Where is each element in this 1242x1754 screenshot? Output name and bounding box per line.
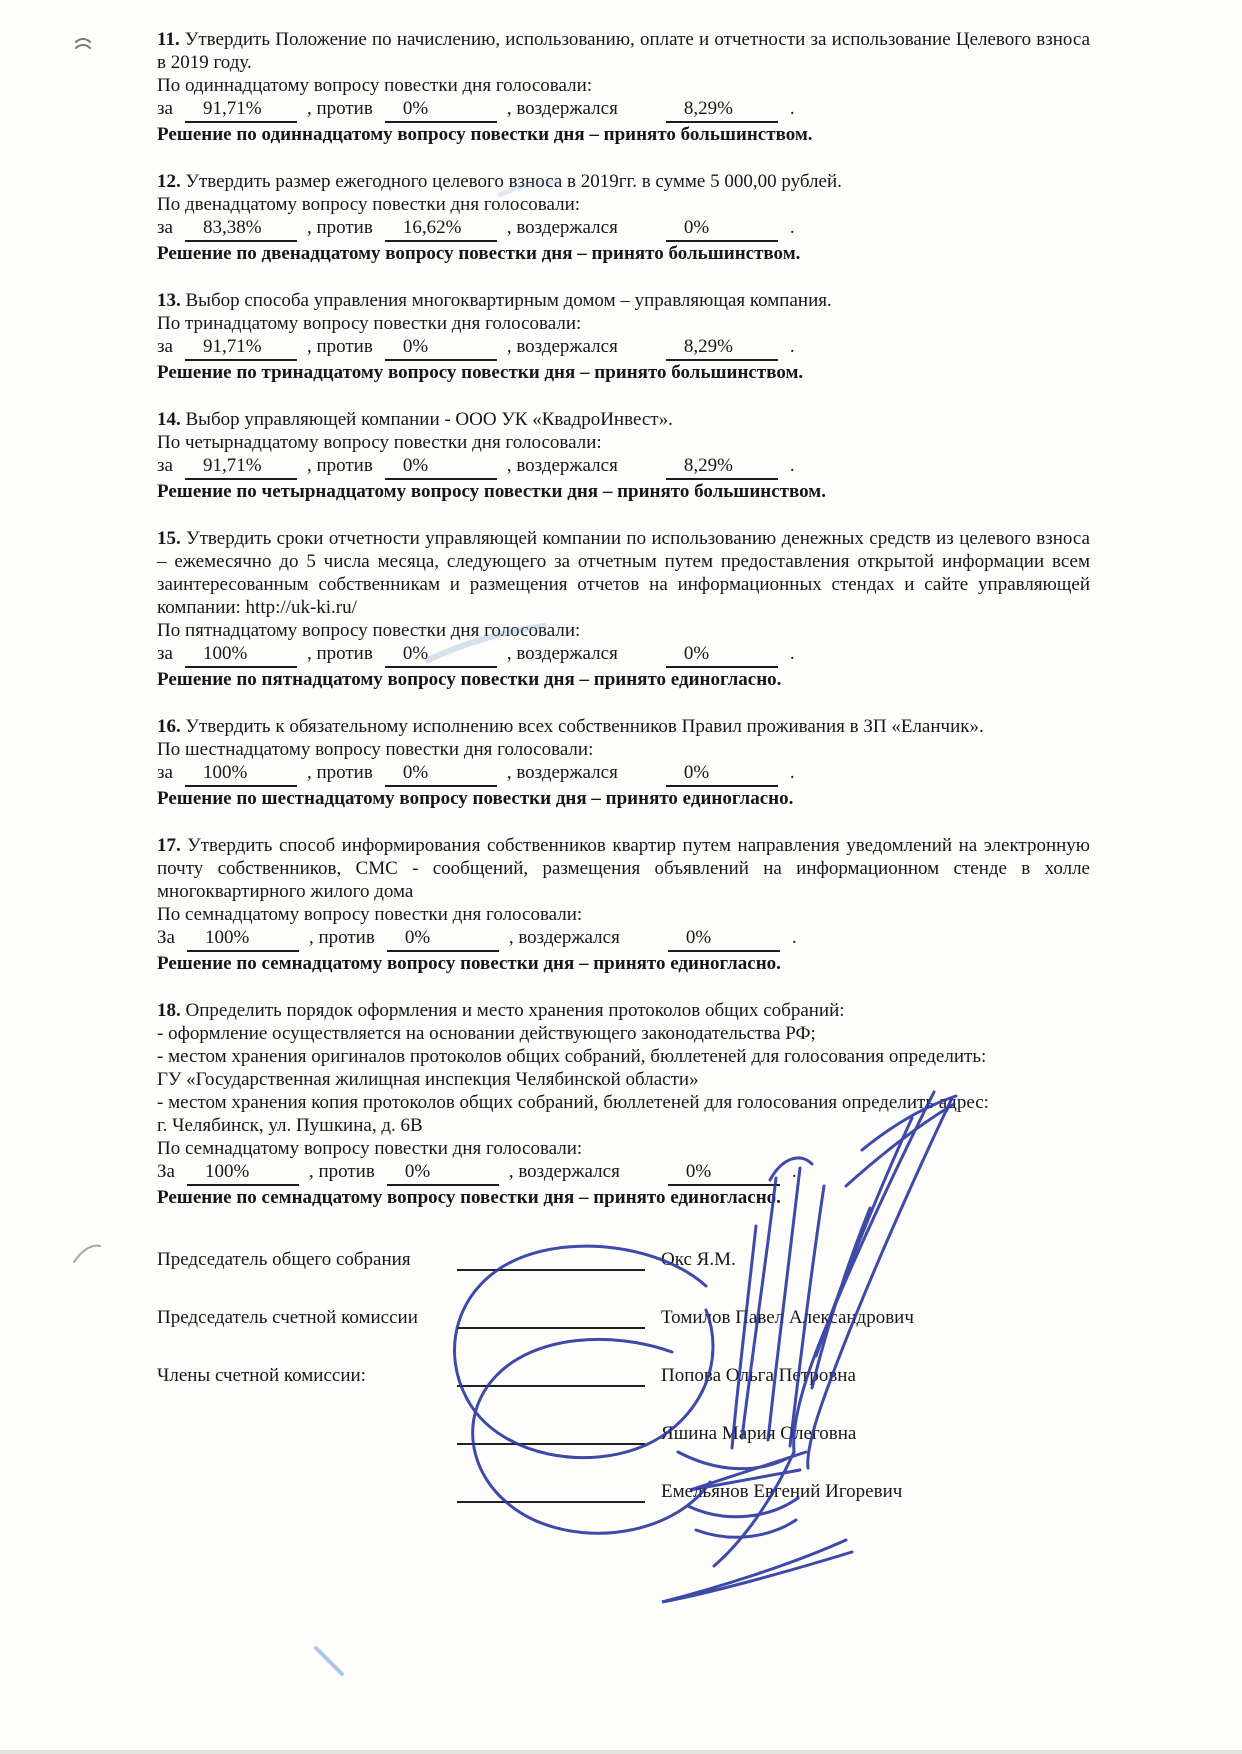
agenda-item-13: 13. Выбор способа управления многокварти… (157, 289, 1090, 384)
signature-section: Председатель общего собрания Окс Я.М. Пр… (157, 1245, 1090, 1503)
vote-intro: По семнадцатому вопросу повестки дня гол… (157, 1137, 1090, 1160)
signature-line (457, 1303, 645, 1329)
item-text-body: Утвердить Положение по начислению, испол… (157, 29, 1090, 73)
agenda-item-18: 18. Определить порядок оформления и мест… (157, 999, 1090, 1209)
item-number: 13. (157, 290, 181, 311)
vote-for-value: 100% (187, 926, 299, 952)
vote-abstain-label: , воздержался (507, 643, 618, 664)
vote-for-value: 91,71% (185, 454, 297, 480)
vote-against-value: 0% (385, 454, 497, 480)
item-subline: - местом хранения копия протоколов общих… (157, 1091, 1090, 1114)
decision-line: Решение по шестнадцатому вопросу повестк… (157, 787, 1090, 810)
scan-edge-shadow (0, 1750, 1242, 1754)
vote-for-label: за (157, 98, 173, 119)
signature-row-commission-member-1: Члены счетной комиссии: Попова Ольга Пет… (157, 1361, 1090, 1387)
agenda-item-14: 14. Выбор управляющей компании - ООО УК … (157, 408, 1090, 503)
decision-line: Решение по одиннадцатому вопросу повестк… (157, 123, 1090, 146)
signature-name: Емельянов Евгений Игоревич (661, 1480, 902, 1503)
vote-abstain-value: 8,29% (666, 454, 778, 480)
vote-for-value: 83,38% (185, 216, 297, 242)
item-text-body: Выбор способа управления многоквартирным… (186, 290, 832, 311)
decision-line: Решение по тринадцатому вопросу повестки… (157, 361, 1090, 384)
vote-line: за91,71%, против0%, воздержался8,29%. (157, 97, 1090, 123)
vote-intro: По одиннадцатому вопросу повестки дня го… (157, 74, 1090, 97)
vote-abstain-label: , воздержался (507, 336, 618, 357)
vote-abstain-label: , воздержался (509, 1161, 620, 1182)
vote-for-value: 91,71% (185, 97, 297, 123)
vote-against-label: , против (307, 762, 373, 783)
vote-against-label: , против (309, 1161, 375, 1182)
signature-line (457, 1419, 645, 1445)
vote-against-value: 0% (385, 335, 497, 361)
agenda-item-15: 15. Утвердить сроки отчетности управляющ… (157, 527, 1090, 691)
vote-against-value: 0% (385, 97, 497, 123)
item-number: 11. (157, 29, 180, 50)
signature-label: Члены счетной комиссии: (157, 1364, 457, 1387)
vote-intro: По семнадцатому вопросу повестки дня гол… (157, 903, 1090, 926)
item-text: 13. Выбор способа управления многокварти… (157, 289, 1090, 312)
vote-for-value: 100% (187, 1160, 299, 1186)
vote-line: за100%, против0%, воздержался0%. (157, 642, 1090, 668)
signature-line (457, 1477, 645, 1503)
decision-line: Решение по семнадцатому вопросу повестки… (157, 1186, 1090, 1209)
vote-against-label: , против (307, 455, 373, 476)
vote-intro: По тринадцатому вопросу повестки дня гол… (157, 312, 1090, 335)
item-text-body: Утвердить размер ежегодного целевого взн… (186, 171, 842, 192)
item-text: 14. Выбор управляющей компании - ООО УК … (157, 408, 1090, 431)
vote-line: за100%, против0%, воздержался0%. (157, 761, 1090, 787)
decision-line: Решение по двенадцатому вопросу повестки… (157, 242, 1090, 265)
vote-abstain-label: , воздержался (507, 762, 618, 783)
item-text-body: Выбор управляющей компании - ООО УК «Ква… (186, 409, 673, 430)
item-subline: г. Челябинск, ул. Пушкина, д. 6В (157, 1114, 1090, 1137)
decision-line: Решение по семнадцатому вопросу повестки… (157, 952, 1090, 975)
vote-against-value: 0% (385, 761, 497, 787)
vote-abstain-value: 8,29% (666, 335, 778, 361)
item-text: 11. Утвердить Положение по начислению, и… (157, 28, 1090, 74)
vote-for-label: за (157, 455, 173, 476)
vote-for-label: за (157, 643, 173, 664)
vote-line: за91,71%, против0%, воздержался8,29%. (157, 335, 1090, 361)
item-subline: - оформление осуществляется на основании… (157, 1022, 1090, 1045)
item-number: 16. (157, 716, 181, 737)
signature-row-count-commission-chairman: Председатель счетной комиссии Томилов Па… (157, 1303, 1090, 1329)
signature-line (457, 1245, 645, 1271)
vote-intro: По пятнадцатому вопросу повестки дня гол… (157, 619, 1090, 642)
agenda-item-11: 11. Утвердить Положение по начислению, и… (157, 28, 1090, 146)
vote-for-label: за (157, 217, 173, 238)
agenda-item-17: 17. Утвердить способ информирования собс… (157, 834, 1090, 975)
vote-line: За100%, против0%, воздержался0%. (157, 926, 1090, 952)
vote-period: . (792, 927, 797, 948)
vote-abstain-label: , воздержался (507, 217, 618, 238)
item-text: 16. Утвердить к обязательному исполнению… (157, 715, 1090, 738)
vote-against-label: , против (307, 643, 373, 664)
item-text: 12. Утвердить размер ежегодного целевого… (157, 170, 1090, 193)
vote-abstain-value: 0% (668, 926, 780, 952)
signature-row-commission-member-2: Яшина Мария Олеговна (157, 1419, 1090, 1445)
vote-against-value: 0% (387, 1160, 499, 1186)
vote-for-value: 91,71% (185, 335, 297, 361)
vote-line: за83,38%, против16,62%, воздержался0%. (157, 216, 1090, 242)
vote-abstain-value: 0% (666, 216, 778, 242)
vote-abstain-value: 0% (666, 642, 778, 668)
vote-abstain-value: 0% (668, 1160, 780, 1186)
vote-abstain-value: 0% (666, 761, 778, 787)
vote-abstain-label: , воздержался (509, 927, 620, 948)
vote-for-label: За (157, 1161, 175, 1182)
vote-intro: По четырнадцатому вопросу повестки дня г… (157, 431, 1090, 454)
vote-abstain-label: , воздержался (507, 98, 618, 119)
signature-row-meeting-chairman: Председатель общего собрания Окс Я.М. (157, 1245, 1090, 1271)
item-text: 15. Утвердить сроки отчетности управляющ… (157, 527, 1090, 619)
item-number: 14. (157, 409, 181, 430)
item-subline: - местом хранения оригиналов протоколов … (157, 1045, 1090, 1068)
vote-for-label: За (157, 927, 175, 948)
vote-against-value: 16,62% (385, 216, 497, 242)
vote-period: . (790, 336, 795, 357)
item-number: 12. (157, 171, 181, 192)
vote-abstain-value: 8,29% (666, 97, 778, 123)
vote-abstain-label: , воздержался (507, 455, 618, 476)
agenda-item-16: 16. Утвердить к обязательному исполнению… (157, 715, 1090, 810)
item-number: 17. (157, 835, 181, 856)
item-subline: ГУ «Государственная жилищная инспекция Ч… (157, 1068, 1090, 1091)
vote-against-value: 0% (385, 642, 497, 668)
item-text: 18. Определить порядок оформления и мест… (157, 999, 1090, 1022)
document-content: 11. Утвердить Положение по начислению, и… (0, 0, 1242, 1503)
signature-name: Окс Я.М. (661, 1248, 736, 1271)
agenda-item-12: 12. Утвердить размер ежегодного целевого… (157, 170, 1090, 265)
signature-label: Председатель общего собрания (157, 1248, 457, 1271)
item-number: 18. (157, 1000, 181, 1021)
vote-line: За100%, против0%, воздержался0%. (157, 1160, 1090, 1186)
vote-against-label: , против (309, 927, 375, 948)
vote-intro: По двенадцатому вопросу повестки дня гол… (157, 193, 1090, 216)
vote-intro: По шестнадцатому вопросу повестки дня го… (157, 738, 1090, 761)
decision-line: Решение по четырнадцатому вопросу повест… (157, 480, 1090, 503)
vote-period: . (790, 217, 795, 238)
vote-period: . (790, 762, 795, 783)
vote-line: за91,71%, против0%, воздержался8,29%. (157, 454, 1090, 480)
signature-row-commission-member-3: Емельянов Евгений Игоревич (157, 1477, 1090, 1503)
vote-period: . (792, 1161, 797, 1182)
signature-name: Томилов Павел Александрович (661, 1306, 914, 1329)
signature-label: Председатель счетной комиссии (157, 1306, 457, 1329)
vote-against-label: , против (307, 98, 373, 119)
vote-period: . (790, 455, 795, 476)
vote-for-value: 100% (185, 642, 297, 668)
vote-for-value: 100% (185, 761, 297, 787)
decision-line: Решение по пятнадцатому вопросу повестки… (157, 668, 1090, 691)
item-text-body: Утвердить к обязательному исполнению все… (186, 716, 984, 737)
item-text-body: Утвердить сроки отчетности управляющей к… (157, 528, 1090, 618)
vote-period: . (790, 643, 795, 664)
vote-for-label: за (157, 762, 173, 783)
vote-against-label: , против (307, 336, 373, 357)
signature-line (457, 1361, 645, 1387)
item-text: 17. Утвердить способ информирования собс… (157, 834, 1090, 903)
document-page: 11. Утвердить Положение по начислению, и… (0, 0, 1242, 1754)
vote-for-label: за (157, 336, 173, 357)
vote-against-label: , против (307, 217, 373, 238)
signature-name: Яшина Мария Олеговна (661, 1422, 856, 1445)
vote-period: . (790, 98, 795, 119)
vote-against-value: 0% (387, 926, 499, 952)
item-text-body: Утвердить способ информирования собствен… (157, 835, 1090, 902)
item-text-body: Определить порядок оформления и место хр… (186, 1000, 845, 1021)
signature-name: Попова Ольга Петровна (661, 1364, 856, 1387)
item-number: 15. (157, 528, 181, 549)
